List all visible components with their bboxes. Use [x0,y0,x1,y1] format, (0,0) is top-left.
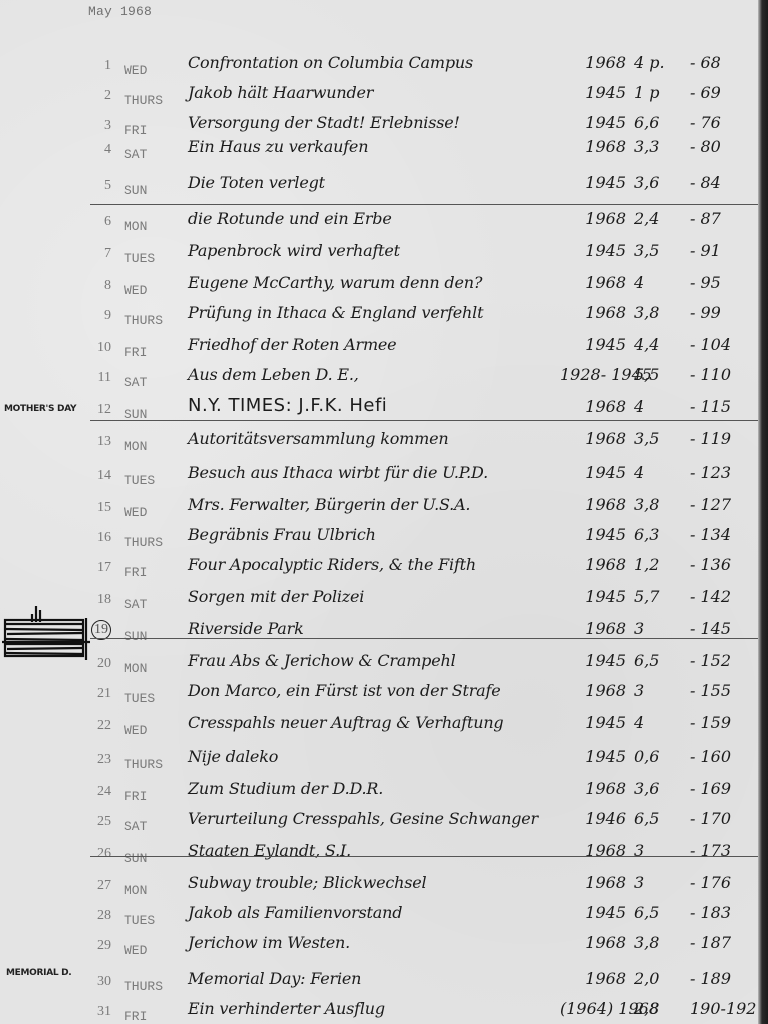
entry-year: 1968 [560,397,626,416]
day-number: 5 [71,178,111,194]
diary-entry: Riverside Park [188,619,304,638]
diary-entry: Cresspahls neuer Auftrag & Verhaftung [188,713,503,732]
entry-year: 1968 [560,429,626,448]
diary-entry: Autoritätsversammlung kommen [188,429,448,448]
entry-length: 5,7 [634,587,684,606]
day-row: 18SATSorgen mit der Polizei19455,7- 142 [0,574,758,608]
day-row: 27MONSubway trouble; Blickwechsel19683- … [0,860,758,894]
day-row: 21TUESDon Marco, ein Fürst ist von der S… [0,668,758,702]
day-row: 4SATEin Haus zu verkaufen19683,3- 80 [0,124,758,158]
entry-year: 1945 [560,173,626,192]
day-row: 20MONFrau Abs & Jerichow & Crampehl19456… [0,638,758,672]
entry-length: 2,4 [634,209,684,228]
entry-pages: - 145 [690,619,754,638]
day-row: 13MONAutoritätsversammlung kommen19683,5… [0,416,758,450]
week-divider [90,204,758,205]
day-row: 22WEDCresspahls neuer Auftrag & Verhaftu… [0,700,758,734]
entry-year: 1945 [560,587,626,606]
diary-entry: Besuch aus Ithaca wirbt für die U.P.D. [188,463,488,482]
day-row: 2THURSJakob hält Haarwunder19451 p- 69 [0,70,758,104]
weekday-label: FRI [124,1009,147,1024]
entry-length: 3 [634,619,684,638]
entry-length: 3,6 [634,173,684,192]
entry-length: 5,5 [634,365,684,384]
day-number: 31 [71,1004,111,1020]
day-row: 16THURSBegräbnis Frau Ulbrich19456,3- 13… [0,512,758,546]
day-row: 15WEDMrs. Ferwalter, Bürgerin der U.S.A.… [0,482,758,516]
entry-pages: - 170 [690,809,754,828]
diary-entry: die Rotunde und ein Erbe [188,209,392,228]
entry-pages: - 80 [690,137,754,156]
entry-pages: - 91 [690,241,754,260]
day-row: 8WEDEugene McCarthy, warum denn den?1968… [0,260,758,294]
entry-length: 3,3 [634,137,684,156]
day-row: 11SATAus dem Leben D. E.,1928- 19455,5- … [0,352,758,386]
day-number: 22 [71,718,111,734]
entry-length: 3 [634,681,684,700]
entry-length: 3,5 [634,429,684,448]
entry-pages: - 123 [690,463,754,482]
day-number: 4 [71,142,111,158]
day-row: 31FRIEin verhinderter Ausflug(1964) 1968… [0,986,758,1020]
entry-length: 4 [634,397,684,416]
scribble-icon [2,604,90,660]
week-divider [90,638,758,639]
entry-pages: - 136 [690,555,754,574]
day-row: 9THURSPrüfung in Ithaca & England verfeh… [0,290,758,324]
entry-pages: - 99 [690,303,754,322]
entry-year: 1968 [560,681,626,700]
margin-note-memorial-day: MEMORIAL D. [6,968,71,978]
diary-entry: Ein Haus zu verkaufen [188,137,368,156]
diary-entry: Sorgen mit der Polizei [188,587,364,606]
entry-pages: - 87 [690,209,754,228]
entry-year: (1964) 1968 [560,999,626,1018]
entry-year: 1945 [560,713,626,732]
entry-length: 2,8 [634,999,684,1018]
entry-pages: - 159 [690,713,754,732]
day-row: 12SUNN.Y. TIMES: J.F.K. Hefi19684- 115 [0,384,758,418]
entry-length: 3 [634,841,684,860]
day-row: 7TUESPapenbrock wird verhaftet19453,5- 9… [0,228,758,262]
entry-year: 1968 [560,841,626,860]
diary-entry: Aus dem Leben D. E., [188,365,359,384]
day-row: 29WEDJerichow im Westen.19683,8- 187 [0,920,758,954]
entry-year: 1946 [560,809,626,828]
entry-pages: 190-192 [690,999,754,1018]
entry-year: 1945 [560,463,626,482]
day-row: 5SUNDie Toten verlegt19453,6- 84 [0,160,758,194]
entry-year: 1945 [560,241,626,260]
entry-pages: - 155 [690,681,754,700]
day-number: 29 [71,938,111,954]
diary-entry: Prüfung in Ithaca & England verfehlt [188,303,483,322]
margin-note-mothers-day: MOTHER'S DAY [4,404,76,414]
page-edge [758,0,768,1024]
diary-entry: N.Y. TIMES: J.F.K. Hefi [188,395,387,416]
entry-pages: - 115 [690,397,754,416]
entry-year: 1968 [560,137,626,156]
entry-length: 3,5 [634,241,684,260]
entry-year: 1968 [560,303,626,322]
diary-entry: Verurteilung Cresspahls, Gesine Schwange… [188,809,538,828]
diary-entry: Papenbrock wird verhaftet [188,241,400,260]
entry-pages: - 119 [690,429,754,448]
entry-year: 1968 [560,555,626,574]
day-row: 6MONdie Rotunde und ein Erbe19682,4- 87 [0,196,758,230]
day-row: 24FRIZum Studium der D.D.R.19683,6- 169 [0,766,758,800]
entry-pages: - 160 [690,747,754,766]
entry-length: 3,8 [634,933,684,952]
entry-length: 4 [634,713,684,732]
entry-length: 4 [634,463,684,482]
entry-pages: - 84 [690,173,754,192]
entry-pages: - 110 [690,365,754,384]
week-divider [90,856,758,857]
circled-day-mark: 19 [91,620,111,640]
entry-pages: - 142 [690,587,754,606]
day-row: 23THURSNije daleko19450,6- 160 [0,734,758,768]
day-row: 19SUNRiverside Park19683- 145 [0,606,758,640]
calendar-page: May 1968 1WEDConfrontation on Columbia C… [0,0,758,1024]
diary-entry: Jerichow im Westen. [188,933,350,952]
entry-year: 1928- 1945 [560,365,626,384]
diary-entry: Staaten Eylandt, S.I. [188,841,351,860]
diary-entry: Four Apocalyptic Riders, & the Fifth [188,555,476,574]
entry-length: 6,5 [634,809,684,828]
entry-year: 1945 [560,747,626,766]
diary-entry: Die Toten verlegt [188,173,325,192]
entry-pages: - 173 [690,841,754,860]
day-row: 28TUESJakob als Familienvorstand19456,5-… [0,890,758,924]
diary-entry: Ein verhinderter Ausflug [188,999,385,1018]
day-row: 30THURSMemorial Day: Ferien19682,0- 189 [0,956,758,990]
day-row: 14TUESBesuch aus Ithaca wirbt für die U.… [0,450,758,484]
entry-length: 3,8 [634,303,684,322]
entry-year: 1968 [560,933,626,952]
day-row: 17FRIFour Apocalyptic Riders, & the Fift… [0,542,758,576]
entry-year: 1968 [560,209,626,228]
diary-entry: Don Marco, ein Fürst ist von der Strafe [188,681,500,700]
week-divider [90,420,758,421]
day-row: 25SATVerurteilung Cresspahls, Gesine Sch… [0,796,758,830]
entry-pages: - 187 [690,933,754,952]
day-row: 1WEDConfrontation on Columbia Campus1968… [0,40,758,74]
day-row: 10FRIFriedhof der Roten Armee19454,4- 10… [0,322,758,356]
entry-year: 1968 [560,619,626,638]
day-number: 13 [71,434,111,450]
page-title: May 1968 [88,4,152,19]
entry-length: 0,6 [634,747,684,766]
diary-entry: Nije daleko [188,747,278,766]
entry-length: 1,2 [634,555,684,574]
